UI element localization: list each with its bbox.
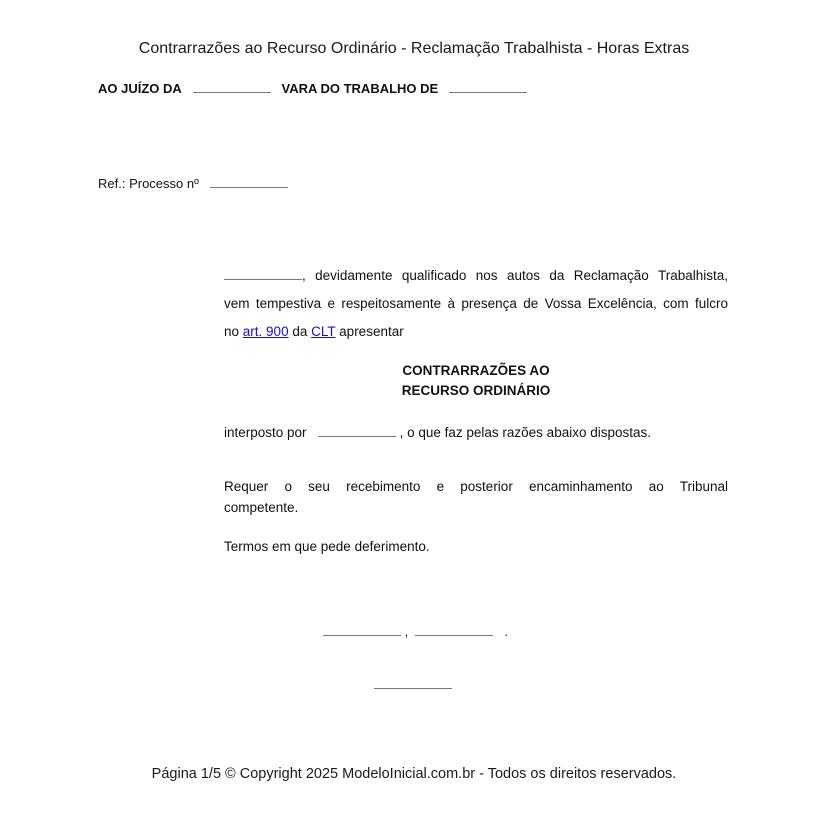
closing-statement: Termos em que pede deferimento.: [224, 539, 430, 554]
intro-paragraph: , devidamente qualificado nos autos da R…: [224, 268, 728, 346]
address-part1: AO JUÍZO DA: [98, 81, 182, 96]
interposto-paragraph: interposto por , o que faz pelas razões …: [224, 425, 651, 440]
page-footer: Página 1/5 © Copyright 2025 ModeloInicia…: [0, 766, 828, 782]
link-clt[interactable]: CLT: [311, 324, 335, 339]
blank-field-process-number[interactable]: [210, 177, 288, 188]
blank-field-city[interactable]: [449, 82, 527, 93]
document-title: Contrarrazões ao Recurso Ordinário - Rec…: [0, 40, 828, 58]
link-art-900[interactable]: art. 900: [243, 324, 289, 339]
intro-line-3: no art. 900 da CLT apresentar: [224, 324, 728, 346]
heading-line-1: CONTRARRAZÕES AO: [224, 361, 728, 381]
blank-field-court-number[interactable]: [193, 82, 271, 93]
blank-field-appellant[interactable]: [318, 426, 396, 437]
address-part2: VARA DO TRABALHO DE: [281, 81, 438, 96]
intro-line-2: vem tempestiva e respeitosamente à prese…: [224, 296, 728, 324]
blank-field-party-name[interactable]: [224, 269, 302, 280]
blank-field-date[interactable]: [415, 625, 493, 636]
process-reference: Ref.: Processo nº: [98, 176, 288, 191]
intro-line-1: , devidamente qualificado nos autos da R…: [224, 268, 728, 296]
blank-field-signature[interactable]: [374, 678, 452, 689]
heading-line-2: RECURSO ORDINÁRIO: [224, 381, 728, 401]
requer-line-1: Requer o seu recebimento e posterior enc…: [224, 476, 728, 497]
requer-paragraph: Requer o seu recebimento e posterior enc…: [224, 476, 728, 518]
court-address: AO JUÍZO DA VARA DO TRABALHO DE: [98, 81, 527, 96]
blank-field-place[interactable]: [323, 625, 401, 636]
requer-line-2: competente.: [224, 500, 298, 515]
signature-line: [374, 676, 452, 694]
reference-label: Ref.: Processo nº: [98, 176, 199, 191]
place-date-line: , .: [323, 624, 508, 639]
section-heading: CONTRARRAZÕES AO RECURSO ORDINÁRIO: [224, 361, 728, 401]
